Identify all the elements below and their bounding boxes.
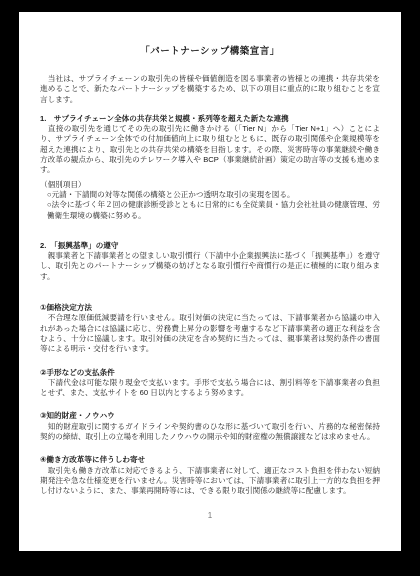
- subsection-intellectual-property: ③知的財産・ノウハウ 知的財産取引に関するガイドラインや契約書のひな形に基づいて…: [40, 411, 380, 442]
- subsection-3-body: 知的財産取引に関するガイドラインや契約書のひな形に基づいて取引を行い、片務的な秘…: [40, 422, 380, 443]
- section-1-body: 直接の取引先を通じてその先の取引先に働きかける（「Tier N」から「Tier …: [40, 124, 380, 175]
- section-2-heading: 2. 「振興基準」の遵守: [40, 241, 380, 251]
- subsection-work-style-reform: ④働き方改革等に伴うしわ寄せ 取引先も働き方改革に対応できるよう、下請事業者に対…: [40, 455, 380, 496]
- subsection-4-heading: ④働き方改革等に伴うしわ寄せ: [40, 455, 380, 465]
- subsection-3-heading: ③知的財産・ノウハウ: [40, 411, 380, 421]
- individual-item-1: ○元請・下請間の対等な関係の構築と公正かつ透明な取引の実現を図る。: [47, 190, 380, 200]
- subsection-1-heading: ①価格決定方法: [40, 303, 380, 313]
- intro-paragraph: 当社は、サプライチェーンの取引先の皆様や価値創造を図る事業者の皆様との連携・共存…: [40, 74, 380, 105]
- subsection-4-body: 取引先も働き方改革に対応できるよう、下請事業者に対して、適正なコスト負担を伴わな…: [40, 466, 380, 497]
- page-number: 1: [40, 511, 380, 521]
- individual-items-label: （個別項目）: [40, 180, 380, 190]
- section-2-body: 親事業者と下請事業者との望ましい取引慣行（下請中小企業振興法に基づく「振興基準」…: [40, 251, 380, 282]
- subsection-1-body: 不合理な原価低減要請を行いません。取引対価の決定に当たっては、下請事業者から協議…: [40, 313, 380, 354]
- subsection-2-body: 下請代金は可能な限り現金で支払います。手形で支払う場合には、割引料等を下請事業者…: [40, 378, 380, 399]
- subsection-payment-terms: ②手形などの支払条件 下請代金は可能な限り現金で支払います。手形で支払う場合には…: [40, 368, 380, 399]
- document-page: 「パートナーシップ構築宣言」 当社は、サプライチェーンの取引先の皆様や価値創造を…: [19, 12, 401, 551]
- subsection-price-determination: ①価格決定方法 不合理な原価低減要請を行いません。取引対価の決定に当たっては、下…: [40, 303, 380, 354]
- subsection-2-heading: ②手形などの支払条件: [40, 368, 380, 378]
- section-1-heading: 1. サプライチェーン全体の共存共栄と規模・系列等を超えた新たな連携: [40, 114, 380, 124]
- individual-item-2: ○法令に基づく年２回の健康診断受診とともに日常的にも全従業員・協力会社社員の健康…: [47, 200, 380, 221]
- document-background: 「パートナーシップ構築宣言」 当社は、サプライチェーンの取引先の皆様や価値創造を…: [0, 0, 420, 576]
- document-title: 「パートナーシップ構築宣言」: [40, 46, 380, 58]
